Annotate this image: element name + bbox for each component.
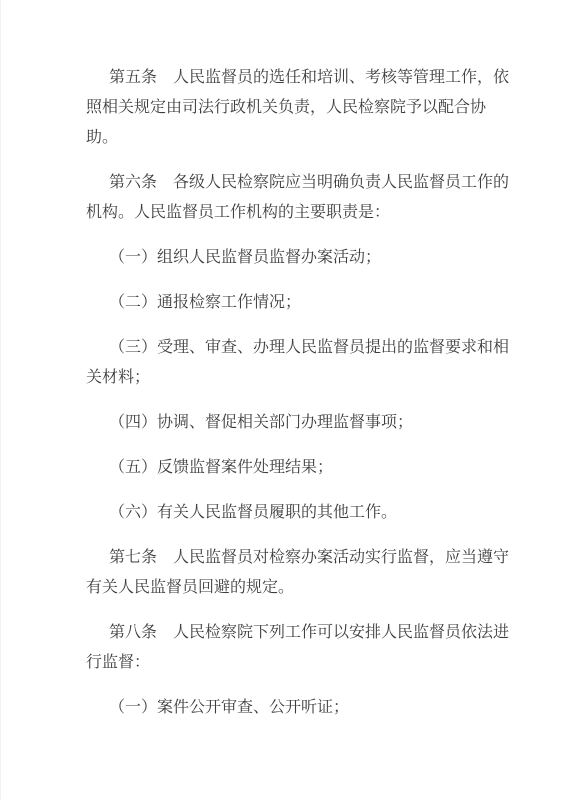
paragraph-article-6-item-3: （三）受理、审查、办理人民监督员提出的监督要求和相 关材料； xyxy=(86,333,520,393)
text-line: 照相关规定由司法行政机关负责，人民检察院予以配合协 xyxy=(86,93,520,123)
paragraph-article-5: 第五条 人民监督员的选任和培训、考核等管理工作，依 照相关规定由司法行政机关负责… xyxy=(86,63,520,153)
paragraph-article-6-item-6: （六）有关人民监督员履职的其他工作。 xyxy=(86,498,520,528)
paragraph-article-7: 第七条 人民监督员对检察办案活动实行监督，应当遵守 有关人民监督员回避的规定。 xyxy=(86,543,520,603)
paragraph-article-6-item-5: （五）反馈监督案件处理结果； xyxy=(86,453,520,483)
text-line: （一）案件公开审查、公开听证； xyxy=(86,693,520,723)
paragraph-article-6-item-4: （四）协调、督促相关部门办理监督事项； xyxy=(86,408,520,438)
text-line: 第七条 人民监督员对检察办案活动实行监督，应当遵守 xyxy=(86,543,520,573)
text-line: 有关人民监督员回避的规定。 xyxy=(86,573,520,603)
paragraph-article-6-item-1: （一）组织人民监督员监督办案活动； xyxy=(86,243,520,273)
text-line: 关材料； xyxy=(86,363,520,393)
text-line: 第五条 人民监督员的选任和培训、考核等管理工作，依 xyxy=(86,63,520,93)
text-line: 第六条 各级人民检察院应当明确负责人民监督员工作的 xyxy=(86,168,520,198)
text-line: （四）协调、督促相关部门办理监督事项； xyxy=(86,408,520,438)
paragraph-article-6: 第六条 各级人民检察院应当明确负责人民监督员工作的 机构。人民监督员工作机构的主… xyxy=(86,168,520,228)
text-line: 机构。人民监督员工作机构的主要职责是： xyxy=(86,198,520,228)
paragraph-article-8: 第八条 人民检察院下列工作可以安排人民监督员依法进 行监督： xyxy=(86,618,520,678)
text-line: （一）组织人民监督员监督办案活动； xyxy=(86,243,520,273)
text-line: （三）受理、审查、办理人民监督员提出的监督要求和相 xyxy=(86,333,520,363)
text-line: （五）反馈监督案件处理结果； xyxy=(86,453,520,483)
text-line: 助。 xyxy=(86,123,520,153)
text-line: 第八条 人民检察院下列工作可以安排人民监督员依法进 xyxy=(86,618,520,648)
text-line: 行监督： xyxy=(86,648,520,678)
text-line: （二）通报检察工作情况； xyxy=(86,288,520,318)
paragraph-article-6-item-2: （二）通报检察工作情况； xyxy=(86,288,520,318)
document-page: 第五条 人民监督员的选任和培训、考核等管理工作，依 照相关规定由司法行政机关负责… xyxy=(0,0,565,800)
text-line: （六）有关人民监督员履职的其他工作。 xyxy=(86,498,520,528)
paragraph-article-8-item-1: （一）案件公开审查、公开听证； xyxy=(86,693,520,723)
